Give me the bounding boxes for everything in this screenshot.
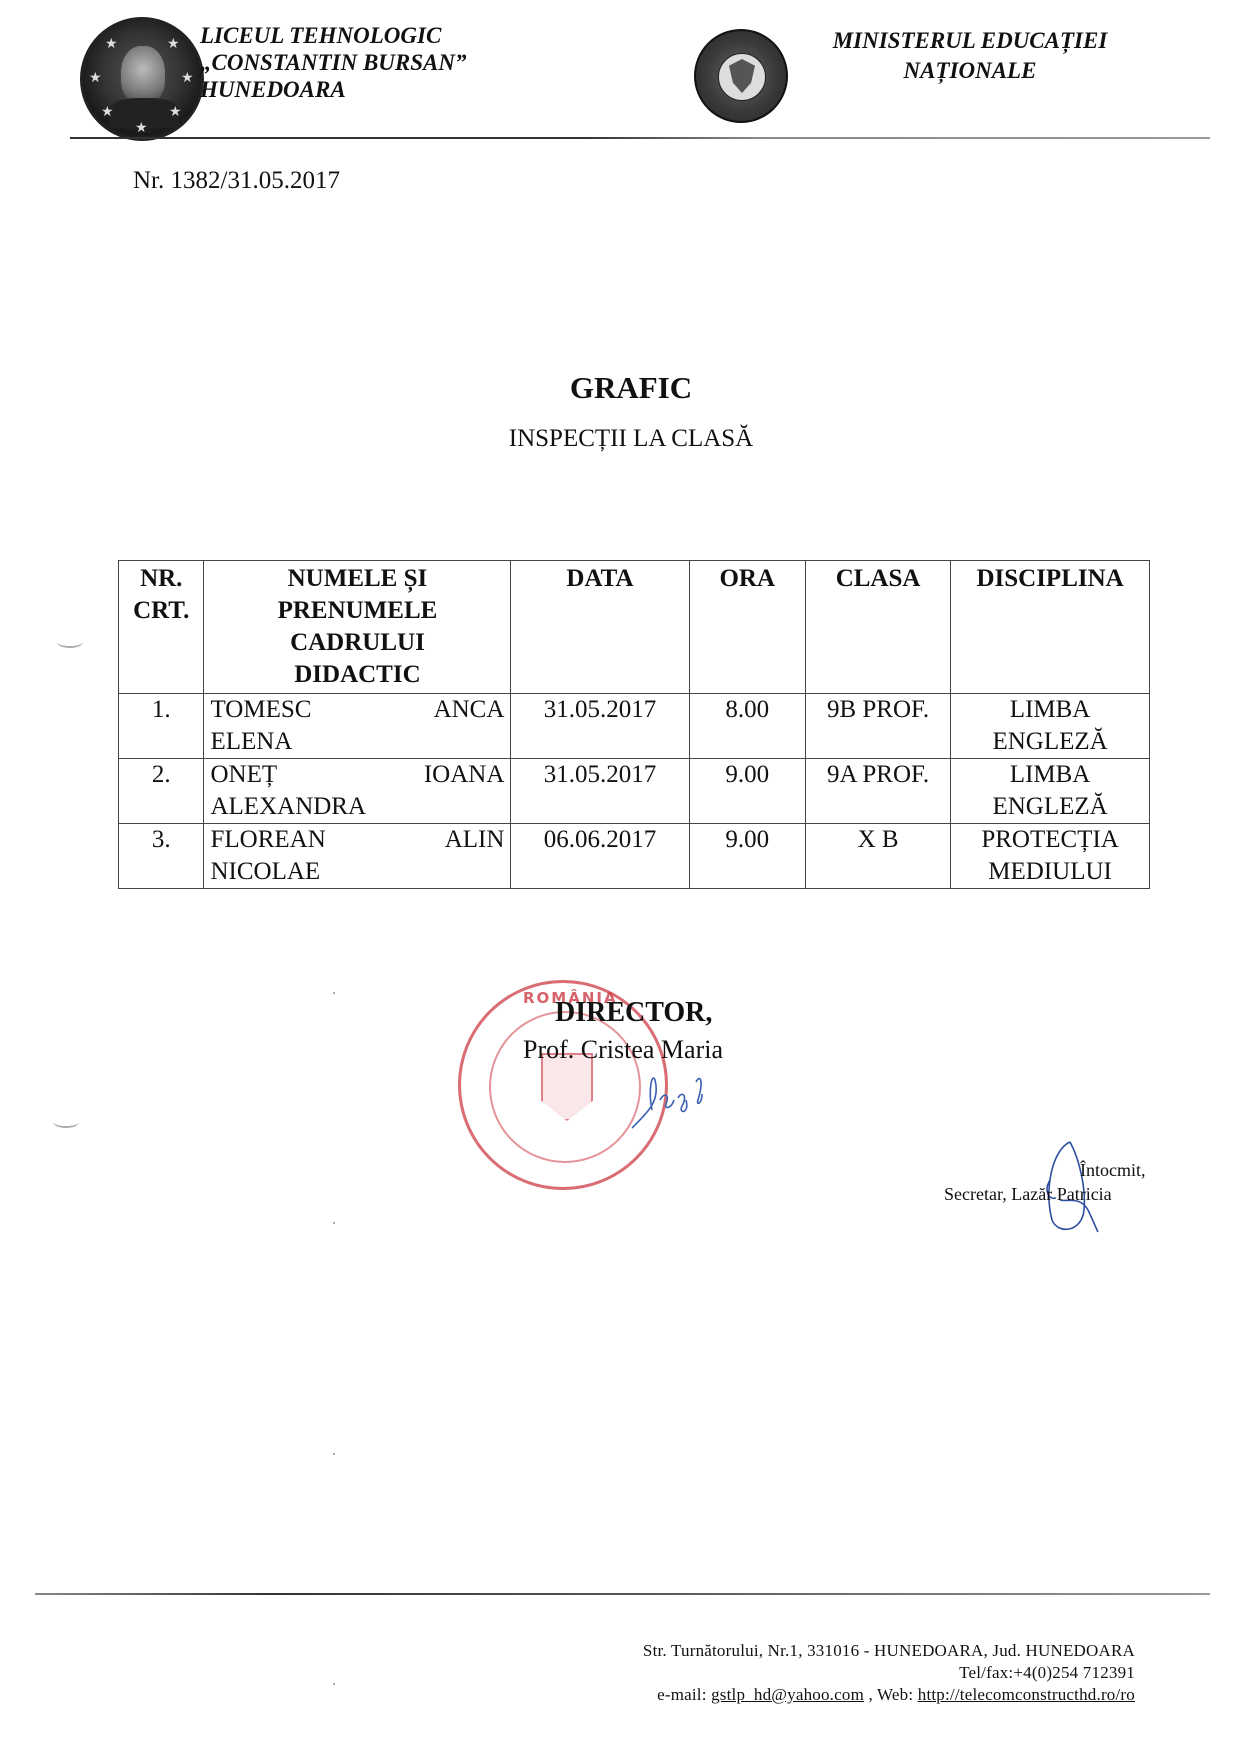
header-teacher-name: NUMELE ȘI PRENUMELE CADRULUI DIDACTIC xyxy=(204,561,511,694)
table-row: 1. TOMESCANCA ELENA 31.05.2017 8.00 9B P… xyxy=(119,694,1150,759)
star-icon: ★ xyxy=(135,120,148,136)
name-part: IOANA xyxy=(424,759,505,791)
cell-nr: 3. xyxy=(119,824,204,889)
cell-time: 9.00 xyxy=(689,759,805,824)
cell-time: 9.00 xyxy=(689,824,805,889)
cell-time: 8.00 xyxy=(689,694,805,759)
web-link[interactable]: http://telecomconstructhd.ro/ro xyxy=(918,1685,1135,1704)
star-icon: ★ xyxy=(101,104,114,120)
name-part: ALIN xyxy=(445,824,505,856)
star-icon: ★ xyxy=(105,36,118,52)
scan-speck xyxy=(333,1453,335,1455)
footer-email-web: e-mail: gstlp_hd@yahoo.com , Web: http:/… xyxy=(520,1684,1135,1706)
email-link[interactable]: gstlp_hd@yahoo.com xyxy=(711,1685,864,1704)
name-part: FLOREAN xyxy=(210,824,325,856)
cell-date: 06.06.2017 xyxy=(511,824,689,889)
cell-nr: 1. xyxy=(119,694,204,759)
compiled-by-name: Secretar, Lazăr Patricia xyxy=(944,1184,1112,1205)
email-label: e-mail: xyxy=(657,1685,707,1704)
web-label: , Web: xyxy=(868,1685,913,1704)
header-class: CLASA xyxy=(805,561,950,694)
subject-line: PROTECȚIA xyxy=(957,824,1143,856)
ministry-name-line: NAȚIONALE xyxy=(810,56,1130,86)
document-number: Nr. 1382/31.05.2017 xyxy=(133,167,340,195)
table-row: 2. ONEȚIOANA ALEXANDRA 31.05.2017 9.00 9… xyxy=(119,759,1150,824)
name-part: ALEXANDRA xyxy=(210,791,504,823)
subject-line: ENGLEZĂ xyxy=(957,791,1143,823)
ministry-name-line: MINISTERUL EDUCAȚIEI xyxy=(810,26,1130,56)
header-line: NUMELE ȘI xyxy=(210,563,504,595)
header-time: ORA xyxy=(689,561,805,694)
cell-subject: LIMBA ENGLEZĂ xyxy=(951,694,1150,759)
subject-line: MEDIULUI xyxy=(957,856,1143,888)
table-row: 3. FLOREANALIN NICOLAE 06.06.2017 9.00 X… xyxy=(119,824,1150,889)
header-line: CRT. xyxy=(125,595,197,627)
cell-teacher-name: FLOREANALIN NICOLAE xyxy=(204,824,511,889)
subject-line: LIMBA xyxy=(957,759,1143,791)
class-value: 9A PROF. xyxy=(827,761,929,788)
director-name: Prof. Cristea Maria xyxy=(523,1035,723,1065)
scan-speck xyxy=(333,992,335,994)
cell-date: 31.05.2017 xyxy=(511,694,689,759)
header-divider xyxy=(70,137,1210,139)
cell-subject: LIMBA ENGLEZĂ xyxy=(951,759,1150,824)
header-line: CADRULUI xyxy=(210,627,504,659)
star-icon: ★ xyxy=(167,36,180,52)
cell-class: 9B PROF. xyxy=(805,694,950,759)
header-line: PRENUMELE xyxy=(210,595,504,627)
header-line: NR. xyxy=(125,563,197,595)
subject-line: LIMBA xyxy=(957,694,1143,726)
cell-teacher-name: ONEȚIOANA ALEXANDRA xyxy=(204,759,511,824)
school-name-line: HUNEDOARA xyxy=(200,76,466,103)
name-part: TOMESC xyxy=(210,694,311,726)
school-name-line: LICEUL TEHNOLOGIC xyxy=(200,22,466,49)
scan-speck xyxy=(333,1222,335,1224)
header-line: DIDACTIC xyxy=(210,659,504,691)
cell-class: X B xyxy=(805,824,950,889)
star-icon: ★ xyxy=(89,70,102,86)
footer-address: Str. Turnătorului, Nr.1, 331016 - HUNEDO… xyxy=(520,1640,1135,1662)
footer-phone: Tel/fax:+4(0)254 712391 xyxy=(520,1662,1135,1684)
star-icon: ★ xyxy=(181,70,194,86)
header-subject: DISCIPLINA xyxy=(951,561,1150,694)
document-title: GRAFIC xyxy=(0,370,1240,406)
scan-speck xyxy=(333,1683,335,1685)
government-seal-icon xyxy=(694,29,788,123)
subject-line: ENGLEZĂ xyxy=(957,726,1143,758)
name-part: ANCA xyxy=(434,694,505,726)
portrait-face-icon xyxy=(121,46,165,104)
name-part: ONEȚ xyxy=(210,759,277,791)
school-name: LICEUL TEHNOLOGIC „CONSTANTIN BURSAN” HU… xyxy=(200,22,466,103)
header-date: DATA xyxy=(511,561,689,694)
footer-contact: Str. Turnătorului, Nr.1, 331016 - HUNEDO… xyxy=(520,1640,1135,1706)
punch-hole-mark xyxy=(57,636,83,648)
name-part: ELENA xyxy=(210,726,504,758)
school-name-line: „CONSTANTIN BURSAN” xyxy=(200,49,466,76)
director-title: DIRECTOR, xyxy=(555,997,712,1029)
inspection-schedule-table: NR. CRT. NUMELE ȘI PRENUMELE CADRULUI DI… xyxy=(118,560,1150,889)
star-icon: ★ xyxy=(169,104,182,120)
document-subtitle: INSPECȚII LA CLASĂ xyxy=(0,425,1240,453)
school-emblem-icon: ★ ★ ★ ★ ★ ★ ★ xyxy=(80,17,204,141)
cell-class: 9A PROF. xyxy=(805,759,950,824)
punch-hole-mark xyxy=(53,1116,79,1128)
cell-date: 31.05.2017 xyxy=(511,759,689,824)
cell-nr: 2. xyxy=(119,759,204,824)
name-part: NICOLAE xyxy=(210,856,504,888)
compiled-by-label: Întocmit, xyxy=(1080,1160,1146,1181)
cell-teacher-name: TOMESCANCA ELENA xyxy=(204,694,511,759)
director-signature-icon xyxy=(630,1070,730,1130)
ministry-name: MINISTERUL EDUCAȚIEI NAȚIONALE xyxy=(810,26,1130,86)
footer-divider xyxy=(35,1593,1210,1595)
cell-subject: PROTECȚIA MEDIULUI xyxy=(951,824,1150,889)
table-header-row: NR. CRT. NUMELE ȘI PRENUMELE CADRULUI DI… xyxy=(119,561,1150,694)
header-nr-crt: NR. CRT. xyxy=(119,561,204,694)
